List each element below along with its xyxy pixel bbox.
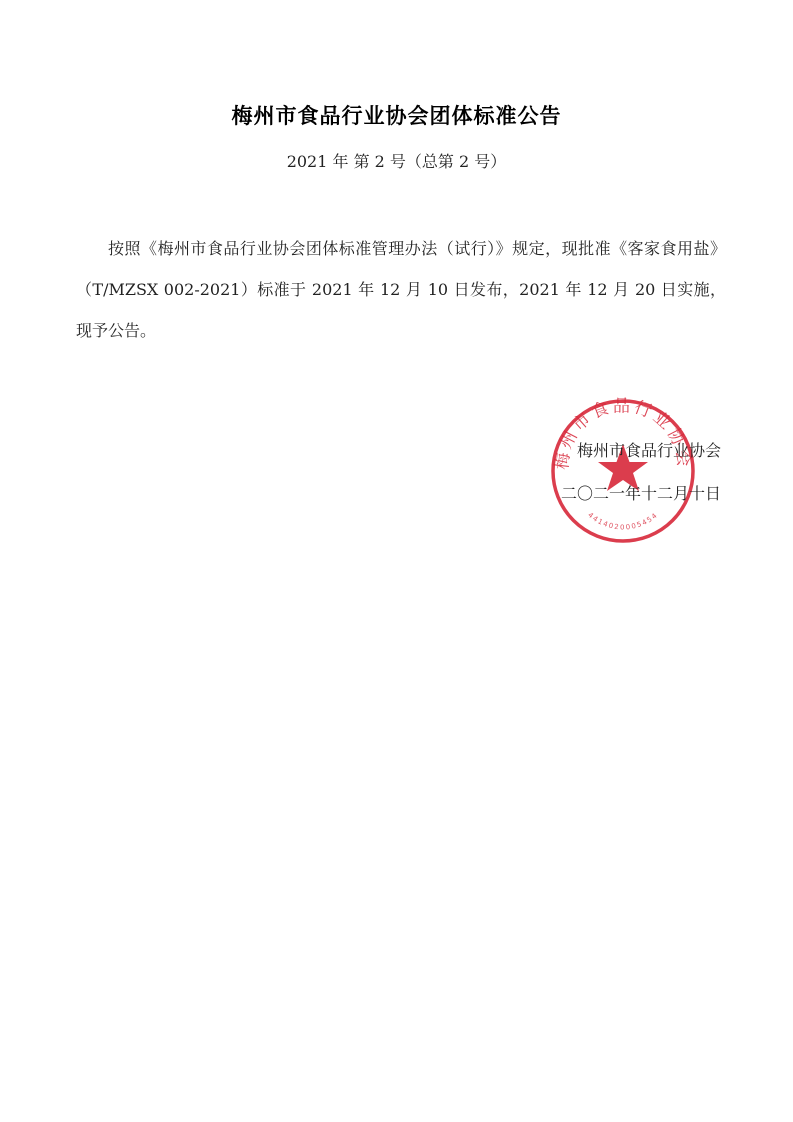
svg-text:4414020005454: 4414020005454 [586, 511, 659, 531]
announcement-body: 按照《梅州市食品行业协会团体标准管理办法（试行）》规定，现批准《客家食用盐》（T… [76, 228, 726, 351]
official-seal-icon: 梅州市食品行业协会 4414020005454 [548, 396, 698, 546]
announcement-number: 2021 年 第 2 号（总第 2 号） [0, 149, 793, 172]
signature-date: 二〇二一年十二月十日 [561, 481, 721, 504]
signature-organization: 梅州市食品行业协会 [577, 438, 721, 461]
announcement-title: 梅州市食品行业协会团体标准公告 [0, 100, 793, 130]
